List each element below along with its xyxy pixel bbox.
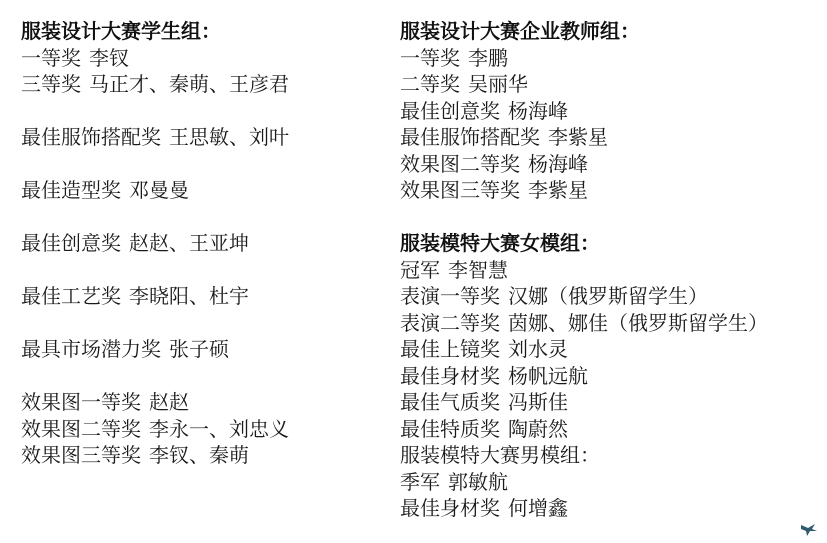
award-row: 表演二等奖茵娜、娜佳（俄罗斯留学生）: [400, 310, 768, 337]
award-label: 效果图三等奖: [21, 443, 141, 467]
bird-logo-icon: [800, 522, 818, 536]
spacer: [21, 310, 289, 337]
award-row: 最佳创意奖赵赵、王亚坤: [21, 230, 289, 257]
winner-names: 李永一、刘忠义: [149, 417, 289, 441]
spacer: [21, 151, 289, 178]
award-row: 效果图三等奖李钗、秦萌: [21, 442, 289, 469]
award-row: 效果图二等奖李永一、刘忠义: [21, 416, 289, 443]
award-label: 二等奖: [400, 72, 460, 96]
award-row: 效果图一等奖赵赵: [21, 389, 289, 416]
award-row: 冠军李智慧: [400, 257, 768, 284]
right-column: 服装设计大赛企业教师组： 一等奖李鹏 二等奖吴丽华 最佳创意奖杨海峰 最佳服饰搭…: [400, 18, 768, 522]
winner-names: 汉娜（俄罗斯留学生）: [508, 284, 708, 308]
award-row: 最佳服饰搭配奖李紫星: [400, 124, 768, 151]
award-label: 效果图二等奖: [400, 152, 520, 176]
award-label: 最佳服饰搭配奖: [21, 125, 161, 149]
award-label: 最佳服饰搭配奖: [400, 125, 540, 149]
award-label: 一等奖: [400, 46, 460, 70]
winner-names: 马正才、秦萌、王彦君: [89, 72, 289, 96]
award-row: 最具市场潜力奖张子硕: [21, 336, 289, 363]
award-row: 最佳工艺奖李晓阳、杜宇: [21, 283, 289, 310]
award-label: 最佳创意奖: [400, 99, 500, 123]
winner-names: 李钗、秦萌: [149, 443, 249, 467]
winner-names: 李紫星: [548, 125, 608, 149]
award-row: 最佳身材奖杨帆远航: [400, 363, 768, 390]
male-model-heading: 服装模特大赛男模组：: [400, 442, 768, 469]
award-label: 效果图二等奖: [21, 417, 141, 441]
spacer: [21, 98, 289, 125]
winner-names: 茵娜、娜佳（俄罗斯留学生）: [508, 311, 768, 335]
award-label: 最佳创意奖: [21, 231, 121, 255]
award-row: 最佳创意奖杨海峰: [400, 98, 768, 125]
winner-names: 郭敏航: [448, 470, 508, 494]
award-row: 表演一等奖汉娜（俄罗斯留学生）: [400, 283, 768, 310]
award-row: 一等奖李钗: [21, 45, 289, 72]
award-row: 最佳特质奖陶蔚然: [400, 416, 768, 443]
award-label: 冠军: [400, 258, 440, 282]
student-group-section: 服装设计大赛学生组： 一等奖李钗 三等奖马正才、秦萌、王彦君 最佳服饰搭配奖王思…: [21, 18, 289, 469]
spacer: [21, 363, 289, 390]
award-label: 一等奖: [21, 46, 81, 70]
winner-names: 李紫星: [528, 178, 588, 202]
award-label: 表演二等奖: [400, 311, 500, 335]
award-row: 季军郭敏航: [400, 469, 768, 496]
award-label: 最佳身材奖: [400, 496, 500, 520]
award-row: 最佳气质奖冯斯佳: [400, 389, 768, 416]
award-label: 最佳工艺奖: [21, 284, 121, 308]
winner-names: 赵赵: [149, 390, 189, 414]
award-label: 效果图三等奖: [400, 178, 520, 202]
winner-names: 赵赵、王亚坤: [129, 231, 249, 255]
award-label: 最佳气质奖: [400, 390, 500, 414]
award-row: 最佳造型奖邓曼曼: [21, 177, 289, 204]
spacer: [21, 204, 289, 231]
award-label: 最佳造型奖: [21, 178, 121, 202]
spacer: [21, 257, 289, 284]
award-row: 效果图二等奖杨海峰: [400, 151, 768, 178]
spacer: [400, 204, 768, 231]
award-label: 表演一等奖: [400, 284, 500, 308]
award-row: 二等奖吴丽华: [400, 71, 768, 98]
award-row: 效果图三等奖李紫星: [400, 177, 768, 204]
winner-names: 杨海峰: [528, 152, 588, 176]
winner-names: 邓曼曼: [129, 178, 189, 202]
student-group-heading: 服装设计大赛学生组：: [21, 18, 289, 45]
award-row: 最佳上镜奖刘水灵: [400, 336, 768, 363]
winner-names: 陶蔚然: [508, 417, 568, 441]
winner-names: 吴丽华: [468, 72, 528, 96]
winner-names: 杨帆远航: [508, 364, 588, 388]
winner-names: 李晓阳、杜宇: [129, 284, 249, 308]
female-model-heading: 服装模特大赛女模组：: [400, 230, 768, 257]
award-label: 最佳上镜奖: [400, 337, 500, 361]
award-label: 最佳身材奖: [400, 364, 500, 388]
award-row: 三等奖马正才、秦萌、王彦君: [21, 71, 289, 98]
winner-names: 何增鑫: [508, 496, 568, 520]
award-label: 季军: [400, 470, 440, 494]
winner-names: 李钗: [89, 46, 129, 70]
award-label: 最具市场潜力奖: [21, 337, 161, 361]
winner-names: 王思敏、刘叶: [169, 125, 289, 149]
award-row: 一等奖李鹏: [400, 45, 768, 72]
award-row: 最佳身材奖何增鑫: [400, 495, 768, 522]
award-label: 最佳特质奖: [400, 417, 500, 441]
teacher-group-heading: 服装设计大赛企业教师组：: [400, 18, 768, 45]
award-row: 最佳服饰搭配奖王思敏、刘叶: [21, 124, 289, 151]
winner-names: 张子硕: [169, 337, 229, 361]
award-label: 效果图一等奖: [21, 390, 141, 414]
winner-names: 冯斯佳: [508, 390, 568, 414]
winner-names: 刘水灵: [508, 337, 568, 361]
winner-names: 李智慧: [448, 258, 508, 282]
winner-names: 杨海峰: [508, 99, 568, 123]
award-label: 三等奖: [21, 72, 81, 96]
winner-names: 李鹏: [468, 46, 508, 70]
